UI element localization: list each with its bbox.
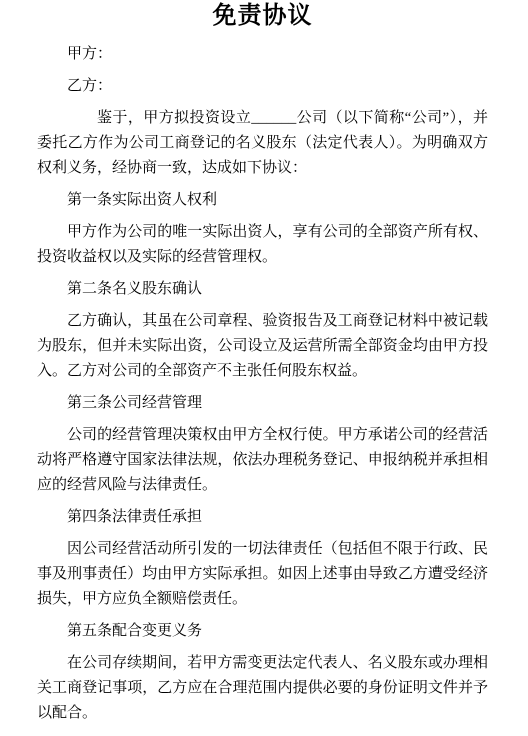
section-1-body: 甲方作为公司的唯一实际出资人，享有公司的全部资产所有权、投资收益权以及实际的经营… <box>37 220 488 270</box>
document-title: 免责协议 <box>37 0 488 32</box>
section-5-heading: 第五条配合变更义务 <box>37 619 488 644</box>
section-4-body: 因公司经营活动所引发的一切法律责任（包括但不限于行政、民事及刑事责任）均由甲方实… <box>37 537 488 612</box>
section-3-heading: 第三条公司经营管理 <box>37 391 488 416</box>
section-1-heading: 第一条实际出资人权利 <box>37 188 488 213</box>
section-2: 第二条名义股东确认 乙方确认，其虽在公司章程、验资报告及工商登记材料中被记载为股… <box>37 277 488 384</box>
section-5-body: 在公司存续期间，若甲方需变更法定代表人、名义股东或办理相关工商登记事项，乙方应在… <box>37 651 488 726</box>
party-b-line: 乙方： <box>37 74 488 99</box>
section-2-body: 乙方确认，其虽在公司章程、验资报告及工商登记材料中被记载为股东，但并未实际出资，… <box>37 309 488 384</box>
party-a-line: 甲方： <box>37 42 488 67</box>
section-3: 第三条公司经营管理 公司的经营管理决策权由甲方全权行使。甲方承诺公司的经营活动将… <box>37 391 488 498</box>
section-3-body: 公司的经营管理决策权由甲方全权行使。甲方承诺公司的经营活动将严格遵守国家法律法规… <box>37 423 488 498</box>
section-2-heading: 第二条名义股东确认 <box>37 277 488 302</box>
section-1: 第一条实际出资人权利 甲方作为公司的唯一实际出资人，享有公司的全部资产所有权、投… <box>37 188 488 270</box>
document-page: 免责协议 甲方： 乙方： 鉴于，甲方拟投资设立______公司（以下简称“公司”… <box>0 0 528 736</box>
section-5: 第五条配合变更义务 在公司存续期间，若甲方需变更法定代表人、名义股东或办理相关工… <box>37 619 488 726</box>
section-4: 第四条法律责任承担 因公司经营活动所引发的一切法律责任（包括但不限于行政、民事及… <box>37 505 488 612</box>
section-4-heading: 第四条法律责任承担 <box>37 505 488 530</box>
preamble-paragraph: 鉴于，甲方拟投资设立______公司（以下简称“公司”），并委托乙方作为公司工商… <box>37 106 488 181</box>
